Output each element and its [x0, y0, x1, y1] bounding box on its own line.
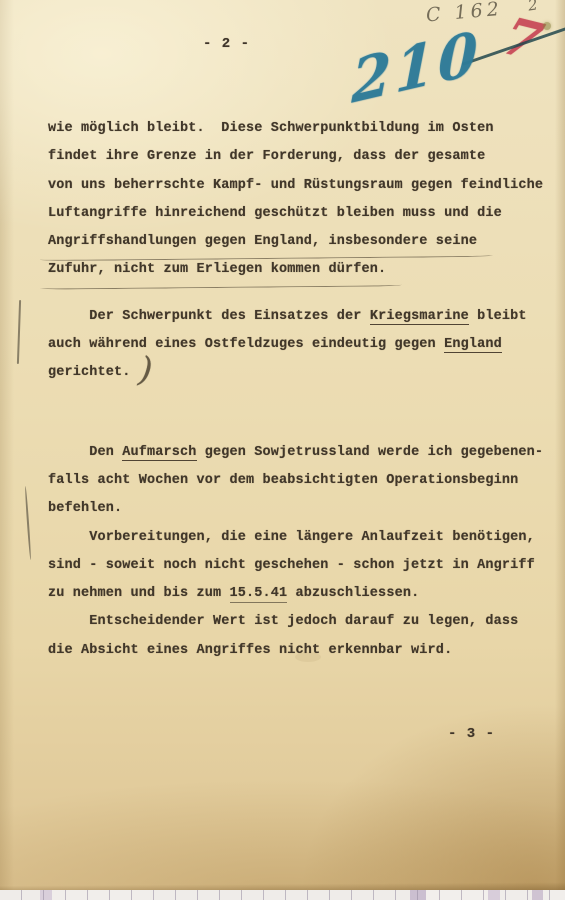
text-segment: gegen Sowjetrussland werde ich gegebenen… [197, 445, 544, 460]
text-segment: von uns beherrschte Kampf- und Rüstungsr… [48, 178, 543, 193]
margin-pencil-stroke [17, 300, 21, 364]
text-segment: Der Schwerpunkt des Einsatzes der [48, 309, 370, 324]
text-segment: Zufuhr, nicht zum Erliegen kommen dürfen… [48, 262, 386, 277]
paragraph: Der Schwerpunkt des Einsatzes der Kriegs… [48, 303, 553, 388]
text-segment: Entscheidender Wert ist jedoch darauf zu… [48, 614, 518, 629]
line-text: die Absicht eines Angriffes nicht erkenn… [48, 637, 452, 665]
text-line: falls acht Wochen vor dem beabsichtigten… [48, 467, 553, 495]
text-segment: Luftangriffe hinreichend geschützt bleib… [48, 206, 502, 221]
underlined-text: Aufmarsch [122, 445, 196, 461]
text-segment: bleibt [469, 309, 527, 324]
text-segment: Vorbereitungen, die eine längere Anlaufz… [48, 530, 535, 545]
typed-text: wie möglich bleibt. Diese Schwerpunktbil… [48, 115, 553, 665]
line-text: Den Aufmarsch gegen Sowjetrussland werde… [48, 439, 543, 467]
line-text: findet ihre Grenze in der Forderung, das… [48, 143, 485, 171]
line-text: befehlen. [48, 495, 122, 523]
line-text: von uns beherrschte Kampf- und Rüstungsr… [48, 172, 543, 200]
text-segment: die Absicht eines Angriffes nicht erkenn… [48, 643, 452, 658]
text-line: befehlen. [48, 495, 553, 523]
line-text: Luftangriffe hinreichend geschützt bleib… [48, 200, 502, 228]
line-text: wie möglich bleibt. Diese Schwerpunktbil… [48, 115, 494, 143]
line-text: Angriffshandlungen gegen England, insbes… [48, 228, 477, 256]
line-text: auch während eines Ostfeldzuges eindeuti… [48, 331, 502, 359]
line-text: sind - soweit noch nicht geschehen - sch… [48, 552, 535, 580]
text-line: Vorbereitungen, die eine längere Anlaufz… [48, 524, 553, 552]
paragraph: wie möglich bleibt. Diese Schwerpunktbil… [48, 115, 553, 285]
margin-pencil-stroke [24, 486, 31, 560]
line-text: Vorbereitungen, die eine längere Anlaufz… [48, 524, 535, 552]
text-line: Zufuhr, nicht zum Erliegen kommen dürfen… [48, 256, 553, 284]
text-line: Entscheidender Wert ist jedoch darauf zu… [48, 608, 553, 636]
underlined-text: Kriegsmarine [370, 309, 469, 325]
text-line: Angriffshandlungen gegen England, insbes… [48, 228, 553, 256]
text-line: von uns beherrschte Kampf- und Rüstungsr… [48, 172, 553, 200]
page-number-bottom: - 3 - [448, 726, 495, 742]
blue-folio-number: 210 [351, 22, 482, 112]
line-text: Der Schwerpunkt des Einsatzes der Kriegs… [48, 303, 527, 331]
text-line: wie möglich bleibt. Diese Schwerpunktbil… [48, 115, 553, 143]
pencil-underline-stroke [40, 283, 402, 289]
line-text: zu nehmen und bis zum 15.5.41 abzuschlie… [48, 580, 419, 608]
text-segment: falls acht Wochen vor dem beabsichtigten… [48, 473, 518, 488]
line-text: falls acht Wochen vor dem beabsichtigten… [48, 467, 518, 495]
text-segment: wie möglich bleibt. Diese Schwerpunktbil… [48, 121, 494, 136]
underlined-text: England [444, 337, 502, 353]
text-line: auch während eines Ostfeldzuges eindeuti… [48, 331, 553, 359]
text-line: zu nehmen und bis zum 15.5.41 abzuschlie… [48, 580, 553, 608]
text-segment: befehlen. [48, 501, 122, 516]
text-segment: findet ihre Grenze in der Forderung, das… [48, 149, 485, 164]
scanned-page: - 2 - C 162 2 7 210 wie möglich bleibt. … [0, 0, 565, 891]
text-segment: Angriffshandlungen gegen England, insbes… [48, 234, 477, 249]
text-line: die Absicht eines Angriffes nicht erkenn… [48, 637, 553, 665]
text-line: Der Schwerpunkt des Einsatzes der Kriegs… [48, 303, 553, 331]
text-line: Luftangriffe hinreichend geschützt bleib… [48, 200, 553, 228]
text-line: sind - soweit noch nicht geschehen - sch… [48, 552, 553, 580]
text-segment: gerichtet. [48, 365, 131, 380]
text-line: Den Aufmarsch gegen Sowjetrussland werde… [48, 439, 553, 467]
ink-stain [543, 22, 551, 30]
text-segment: auch während eines Ostfeldzuges eindeuti… [48, 337, 444, 352]
text-segment: Den [48, 445, 122, 460]
line-text: Entscheidender Wert ist jedoch darauf zu… [48, 608, 518, 636]
scanner-ruler [0, 890, 565, 900]
page-number-top: - 2 - [203, 36, 250, 52]
paragraph: Den Aufmarsch gegen Sowjetrussland werde… [48, 439, 553, 665]
pencil-paren-mark: ) [137, 353, 154, 388]
text-segment: sind - soweit noch nicht geschehen - sch… [48, 558, 535, 573]
text-line: gerichtet.) [48, 359, 553, 387]
underlined-text: 15.5.41 [230, 586, 288, 603]
text-line: findet ihre Grenze in der Forderung, das… [48, 143, 553, 171]
text-segment: abzuschliessen. [287, 586, 419, 601]
line-text: Zufuhr, nicht zum Erliegen kommen dürfen… [48, 256, 386, 284]
line-text: gerichtet.) [48, 359, 131, 387]
text-segment: zu nehmen und bis zum [48, 586, 230, 601]
